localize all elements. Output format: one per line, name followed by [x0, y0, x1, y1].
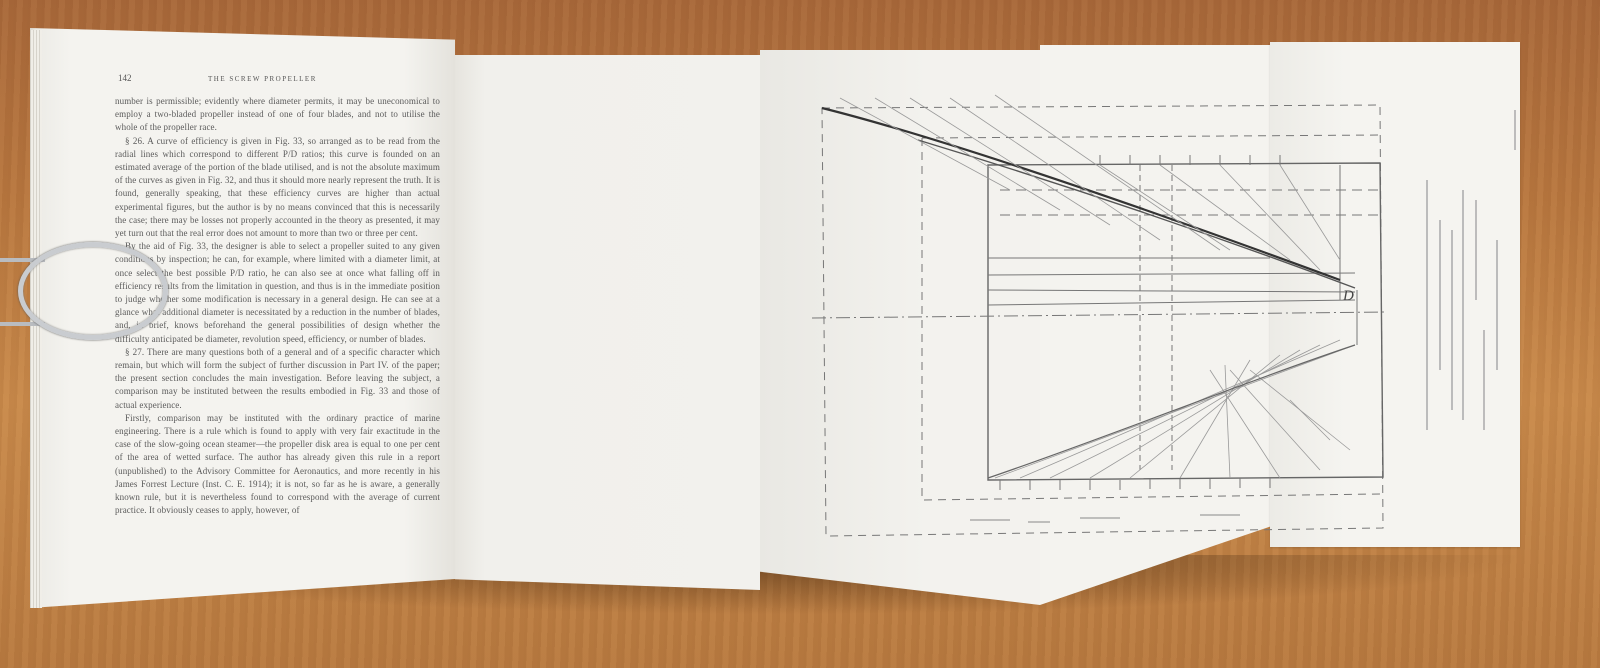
engineering-drawing: D: [0, 0, 1600, 668]
svg-text:D: D: [1342, 288, 1354, 304]
